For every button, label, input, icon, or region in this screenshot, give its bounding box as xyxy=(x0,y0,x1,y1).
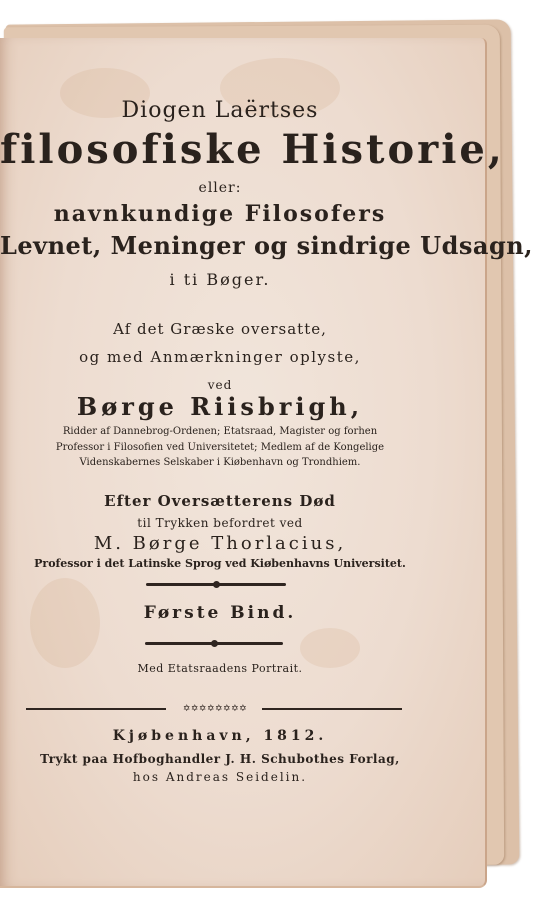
author-line: Diogen Laërtses xyxy=(0,98,440,123)
place-year: Kjøbenhavn, 1812. xyxy=(0,728,440,744)
posthumous-line-2: til Trykken befordret ved xyxy=(0,516,440,530)
editor-title: Professor i det Latinske Sprog ved Kiøbe… xyxy=(0,557,440,570)
posthumous-line-1: Efter Oversætterens Død xyxy=(0,492,440,510)
divider-dot xyxy=(211,640,218,647)
volume-label: Første Bind. xyxy=(0,603,440,623)
editor-name: M. Børge Thorlacius, xyxy=(0,533,440,554)
subtitle-line-2: Levnet, Meninger og sindrige Udsagn, xyxy=(0,231,440,260)
divider-dot xyxy=(213,581,220,588)
main-title: filosofiske Historie, xyxy=(0,126,440,173)
divider-rule-top xyxy=(146,583,286,586)
translator-title-2: Professor i Filosofien ved Universitetet… xyxy=(0,442,440,453)
translation-line-2: og med Anmærkninger oplyste, xyxy=(0,348,440,366)
ornament-line-right xyxy=(262,708,402,710)
foxing-spot xyxy=(30,578,100,668)
printer-line-2: hos Andreas Seidelin. xyxy=(0,770,440,784)
translator-name: Børge Riisbrigh, xyxy=(0,392,440,421)
subtitle-line-1: navnkundige Filosofers xyxy=(0,201,440,227)
title-page: Diogen Laërtses filosofiske Historie, el… xyxy=(0,38,487,888)
portrait-note: Med Etatsraadens Portrait. xyxy=(0,662,440,675)
translator-title-3: Videnskabernes Selskaber i Kiøbenhavn og… xyxy=(0,457,440,468)
connector-text: eller: xyxy=(0,180,440,196)
subtitle-line-3: i ti Bøger. xyxy=(0,270,440,289)
translation-line-1: Af det Græske oversatte, xyxy=(0,320,440,338)
translator-title-1: Ridder af Dannebrog-Ordenen; Etatsraad, … xyxy=(0,426,440,437)
by-text: ved xyxy=(0,378,440,392)
divider-rule-bottom xyxy=(145,642,283,645)
printer-line-1: Trykt paa Hofboghandler J. H. Schubothes… xyxy=(0,752,440,766)
